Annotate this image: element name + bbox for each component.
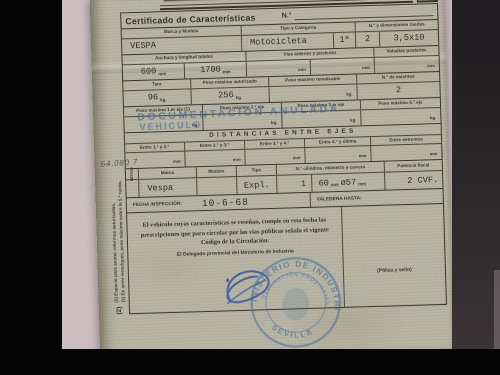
valid-until-label: VALEDERA HASTA: — [317, 196, 362, 202]
value-asientos: 2 — [357, 82, 439, 99]
value-dim-ruedas: 3,5x10 — [380, 30, 438, 47]
seal-bottom-text: SEVILLA — [269, 322, 316, 342]
cropped-text-smudge — [164, 0, 220, 1]
value-motor-tipo: Expl. — [237, 176, 277, 194]
header-cell: Modelo — [197, 166, 237, 177]
value-eje4: kg. — [361, 108, 440, 125]
value-diametro: 60 — [318, 178, 329, 188]
certificate-paper: (2) Espacio para anotar reformas autoriz… — [90, 0, 454, 349]
declaration-text: El vehículo cuyas características se res… — [137, 216, 332, 249]
header-cell: Entre 2.° y 3.° — [185, 140, 245, 151]
inspection-date-value: 10-6-68 — [202, 197, 249, 209]
header-cell: Entre 3.° y 4.° — [245, 139, 305, 150]
value-num-ruedas: 2 — [356, 32, 380, 48]
header-cell: Potencia fiscal — [385, 160, 442, 172]
value-motor-modelo — [197, 177, 237, 195]
unit-kg: kg. — [160, 97, 166, 102]
background-edge-highlight — [494, 270, 500, 349]
unit-mm: mm — [427, 63, 435, 68]
photo-background: (2) Espacio para anotar reformas autoriz… — [62, 0, 454, 349]
unit-mm: mm — [362, 65, 370, 70]
value-voladizo: mm — [375, 56, 439, 73]
ministry-seal-stamp: MINISTERIO DE INDUSTRIA DELEGACIÓN PROVI… — [243, 249, 349, 349]
value-dist-3-4: mm — [245, 148, 305, 165]
value-tara: 96kg. — [123, 89, 191, 106]
value-cil-num: 1 — [295, 175, 312, 192]
header-cell: Entre 1.° y 2.° — [125, 142, 185, 153]
background-shadow-right — [452, 0, 500, 349]
header-cell: Tipo — [237, 165, 277, 176]
value-dist-4-ult: mm — [305, 146, 371, 163]
header-cell: Marca — [139, 168, 197, 180]
unit-mm: mm — [158, 71, 166, 76]
value-via-posterior: mm — [311, 58, 375, 75]
value-carrera: ø57 — [341, 177, 357, 187]
value-motor-marca: Vespa — [139, 179, 197, 198]
unit-mm: mm — [298, 67, 306, 72]
value-remolcable: kg. — [269, 84, 357, 102]
value-via-anterior: mm — [247, 60, 311, 77]
value-tipo: Motocicleta — [242, 33, 334, 51]
motor-section-label: MOTOR — [126, 169, 139, 179]
value-motor-cilindros: 1 60 mm ø57 mm — [277, 173, 385, 193]
motor-gutter — [126, 180, 139, 197]
value-dist-2-3: mm — [185, 150, 245, 167]
poliza-label: (Póliza y sello) — [377, 267, 413, 306]
value-categoria: 1ª — [334, 32, 356, 48]
value-potencia-fiscal: 2 CVF. — [385, 171, 442, 190]
certificate-number-label: N.° — [282, 12, 292, 19]
letterbox-bottom — [0, 349, 500, 375]
certificate-number-blank — [294, 7, 433, 20]
value-longitud: 1700mm — [185, 61, 247, 78]
poliza-cell: (Póliza y sello) — [342, 204, 446, 307]
unit-kg: kg. — [346, 91, 352, 96]
unit-mm: mm — [223, 69, 231, 74]
photo-of-document: (2) Espacio para anotar reformas autoriz… — [0, 0, 500, 375]
value-peso-max: 256kg. — [191, 87, 269, 104]
unit-kg: kg. — [236, 95, 242, 100]
inspection-date-label: FECHA INSPECCIÓN: — [133, 202, 182, 208]
value-dist-extremos: mm — [371, 144, 441, 161]
letterbox-left — [0, 0, 62, 375]
value-anchura: 600mm — [123, 63, 185, 80]
page-note: (2) — [116, 306, 123, 314]
svg-text:SEVILLA: SEVILLA — [269, 322, 316, 342]
certificate-title: Certificado de Características — [125, 12, 256, 26]
